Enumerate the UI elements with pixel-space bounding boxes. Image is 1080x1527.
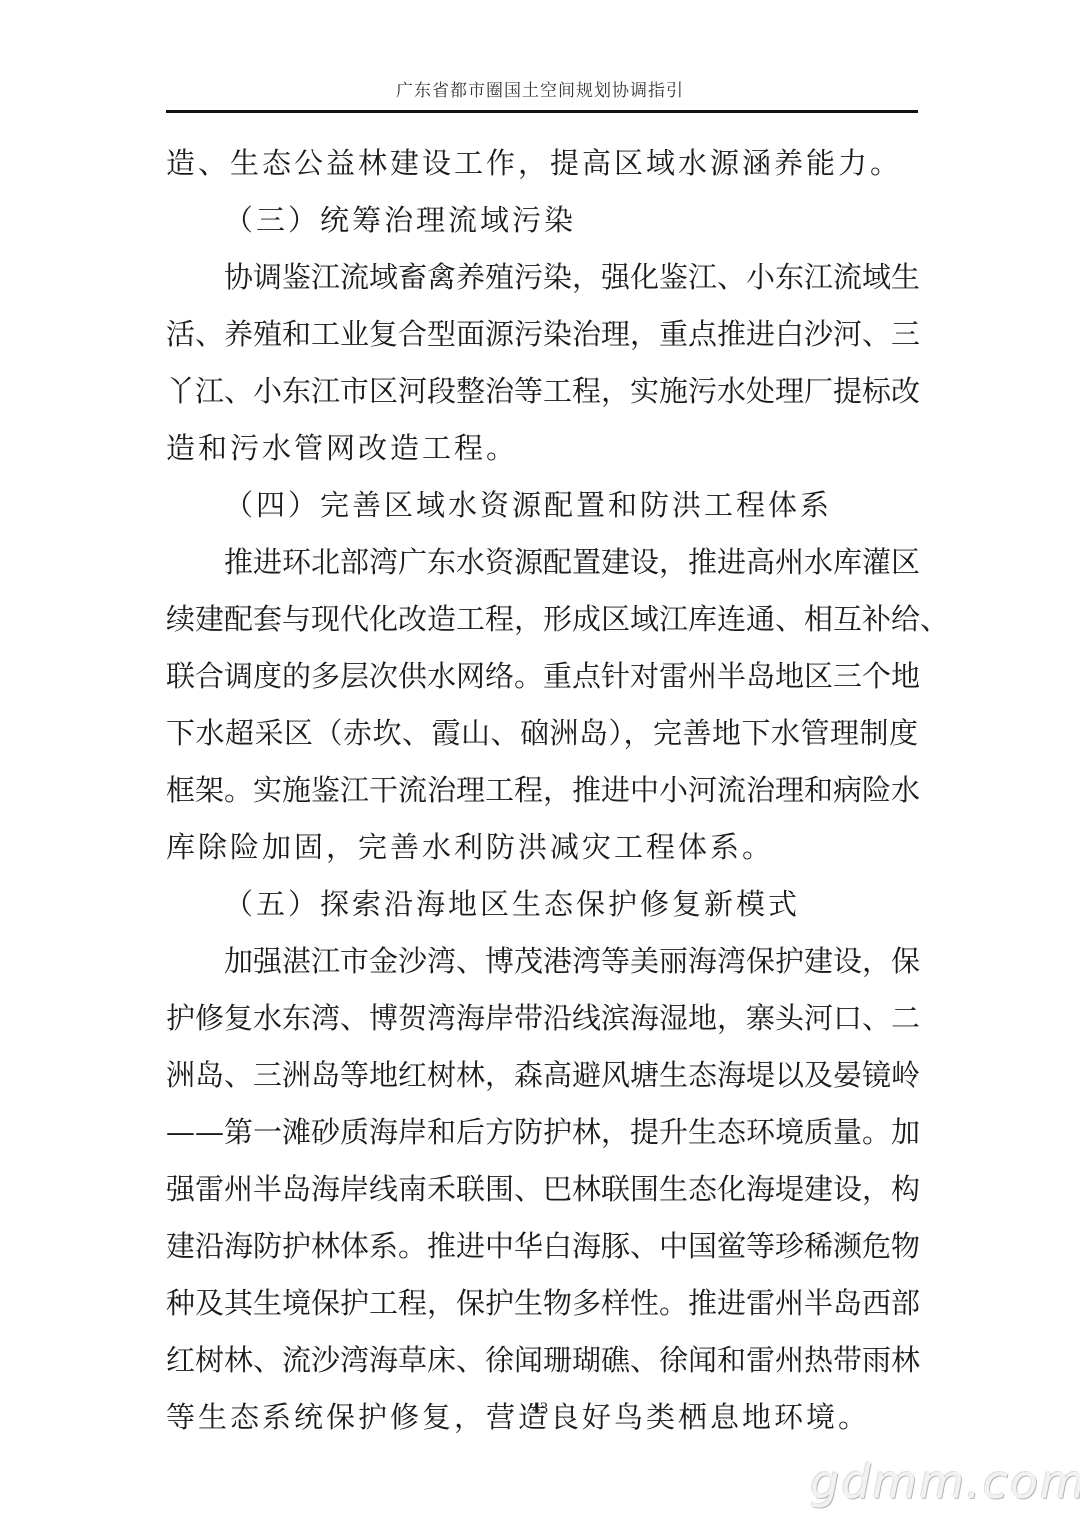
body-line: 种及其生境保护工程，保护生物多样性。推进雷州半岛西部 xyxy=(166,1277,918,1334)
body-line: 建沿海防护林体系。推进中华白海豚、中国鲎等珍稀濒危物 xyxy=(166,1220,918,1277)
body-line: 丫江、小东江市区河段整治等工程，实施污水处理厂提标改 xyxy=(166,365,918,422)
running-header-title: 广东省都市圈国土空间规划协调指引 xyxy=(0,76,1080,101)
body-line: 加强湛江市金沙湾、博茂港湾等美丽海湾保护建设，保 xyxy=(166,935,918,992)
body-line: 续建配套与现代化改造工程，形成区域江库连通、相互补给、 xyxy=(166,593,918,650)
body-line: ——第一滩砂质海岸和后方防护林，提升生态环境质量。加 xyxy=(166,1106,918,1163)
page-number: 43 xyxy=(0,1400,1080,1418)
body-line: 洲岛、三洲岛等地红树林，森高避风塘生态海堤以及晏镜岭 xyxy=(166,1049,918,1106)
header-divider xyxy=(166,110,918,113)
body-line: 推进环北部湾广东水资源配置建设，推进高州水库灌区 xyxy=(166,536,918,593)
section-heading-3: （三）统筹治理流域污染 xyxy=(166,194,918,251)
body-line: 红树林、流沙湾海草床、徐闻珊瑚礁、徐闻和雷州热带雨林 xyxy=(166,1334,918,1391)
body-line: 造、生态公益林建设工作，提高区域水源涵养能力。 xyxy=(166,137,918,194)
body-line: 强雷州半岛海岸线南禾联围、巴林联围生态化海堤建设，构 xyxy=(166,1163,918,1220)
body-line: 护修复水东湾、博贺湾海岸带沿线滨海湿地，寨头河口、二 xyxy=(166,992,918,1049)
site-watermark: gdmm.com xyxy=(810,1455,1080,1509)
section-heading-4: （四）完善区域水资源配置和防洪工程体系 xyxy=(166,479,918,536)
body-line: 造和污水管网改造工程。 xyxy=(166,422,918,479)
document-body: 造、生态公益林建设工作，提高区域水源涵养能力。 （三）统筹治理流域污染 协调鉴江… xyxy=(166,137,918,1448)
body-line: 联合调度的多层次供水网络。重点针对雷州半岛地区三个地 xyxy=(166,650,918,707)
body-line: 下水超采区（赤坎、霞山、硇洲岛），完善地下水管理制度 xyxy=(166,707,918,764)
body-line: 活、养殖和工业复合型面源污染治理，重点推进白沙河、三 xyxy=(166,308,918,365)
body-line: 库除险加固，完善水利防洪减灾工程体系。 xyxy=(166,821,918,878)
section-heading-5: （五）探索沿海地区生态保护修复新模式 xyxy=(166,878,918,935)
body-line: 框架。实施鉴江干流治理工程，推进中小河流治理和病险水 xyxy=(166,764,918,821)
body-line: 协调鉴江流域畜禽养殖污染，强化鉴江、小东江流域生 xyxy=(166,251,918,308)
